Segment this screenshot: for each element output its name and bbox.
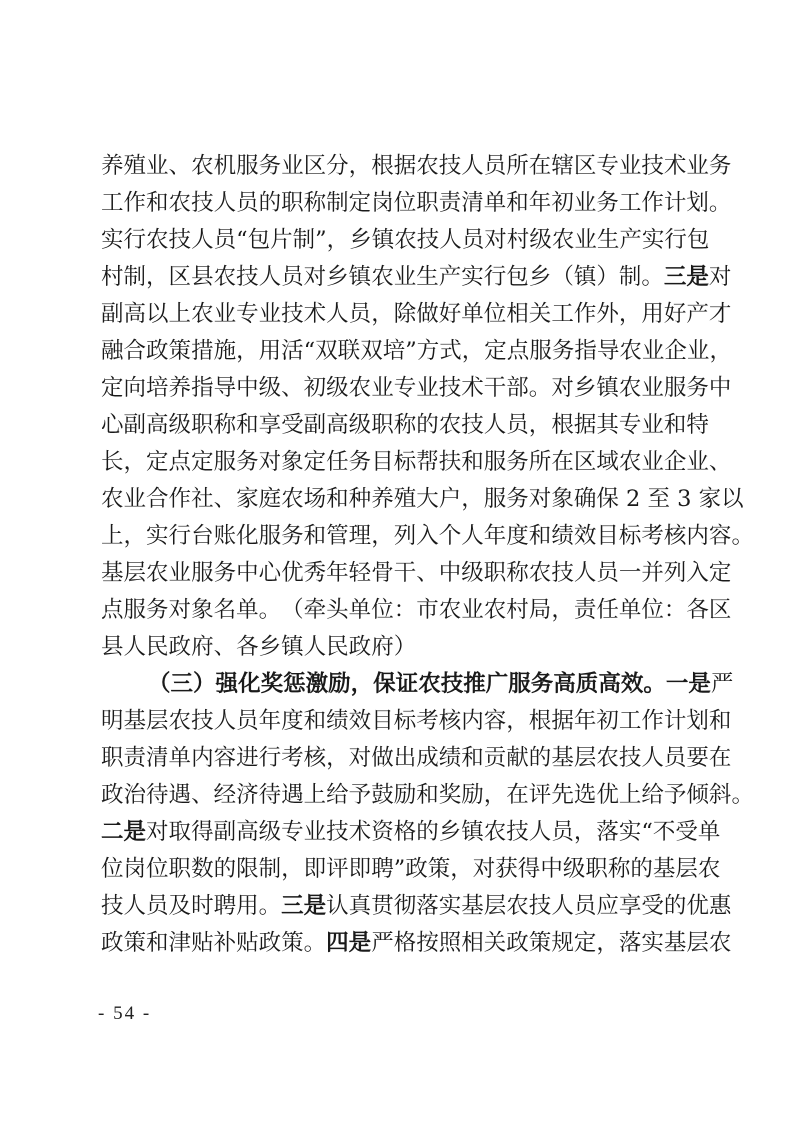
text-char: 养 [169, 370, 192, 407]
text-line: 心副高级职称和享受副高级职称的农技人员，根据其专业和特 [101, 407, 693, 444]
text-char: 工 [101, 185, 124, 222]
text-char: 及 [169, 888, 192, 925]
text-char: 初 [551, 185, 574, 222]
text-char: 根 [371, 148, 394, 185]
text-char: 人 [214, 185, 237, 222]
text-char: ” [315, 222, 327, 259]
text-char [692, 481, 699, 518]
text-char: 基 [551, 740, 574, 777]
text-char: ， [326, 740, 349, 777]
text-line: 技人员及时聘用。三是认真贯彻落实基层农技人员应享受的优惠 [101, 888, 693, 925]
text-char: 做 [416, 296, 439, 333]
text-char: 以 [721, 481, 744, 518]
text-char: 业 [214, 296, 237, 333]
text-char: 政 [169, 629, 192, 666]
text-char: ” [394, 851, 406, 888]
text-char: 作 [641, 185, 664, 222]
text-char: 工 [619, 185, 642, 222]
text-char: 定 [101, 370, 124, 407]
text-char: 务 [596, 185, 619, 222]
text-char: 农 [169, 185, 192, 222]
text-char: 才 [709, 296, 732, 333]
text-char: 培 [383, 333, 406, 370]
text-char: 上 [101, 518, 124, 555]
text-char: 济 [236, 777, 259, 814]
text-char: 象 [191, 592, 214, 629]
text-char: 效 [574, 518, 597, 555]
text-char: 政 [101, 777, 124, 814]
text-char: 包 [248, 222, 271, 259]
text-char: 基 [653, 851, 676, 888]
text-char: 年 [484, 518, 507, 555]
text-char: 务 [506, 444, 529, 481]
text-line: 上，实行台账化服务和管理，列入个人年度和绩效目标考核内容。 [101, 518, 693, 555]
text-char: 名 [214, 592, 237, 629]
text-char: 向 [124, 370, 147, 407]
text-char: 业 [169, 555, 192, 592]
text-char: 即 [304, 851, 327, 888]
text-char: 献 [506, 740, 529, 777]
text-char: 2 [626, 481, 640, 518]
text-char: 人 [124, 629, 147, 666]
text-char: 级 [349, 407, 372, 444]
text-char: 镇 [349, 259, 372, 296]
text-char: 联 [338, 333, 361, 370]
text-char: （ [281, 592, 304, 629]
text-char: 实 [439, 888, 462, 925]
text-char: 级 [259, 814, 282, 851]
text-char: 年 [529, 185, 552, 222]
text-char: 实 [641, 925, 664, 962]
text-char: 员 [281, 259, 304, 296]
text-char: 规 [551, 925, 574, 962]
text-char: 导 [597, 333, 620, 370]
text-char: 农 [506, 888, 529, 925]
text-char: 对 [551, 370, 574, 407]
text-char: 产 [439, 259, 462, 296]
text-char: 业 [686, 148, 709, 185]
text-char: 不 [653, 814, 676, 851]
text-char: 遇 [281, 777, 304, 814]
text-char: “ [304, 333, 316, 370]
text-char: 区 [304, 148, 327, 185]
text-line: 长，定点定服务对象定任务目标帮扶和服务所在区域农业企业、 [101, 444, 693, 481]
text-char: 进 [236, 740, 259, 777]
text-char: 核 [304, 740, 327, 777]
text-char: 域 [596, 444, 619, 481]
text-char: ， [281, 851, 304, 888]
text-char: 庭 [259, 481, 282, 518]
text-char: 农 [619, 333, 642, 370]
text-char: 作 [169, 481, 192, 518]
text-char: 员 [551, 814, 574, 851]
text-char: 包 [687, 222, 710, 259]
text-char: 清 [146, 740, 169, 777]
text-char: 职 [281, 185, 304, 222]
text-char: 的 [259, 185, 282, 222]
text-char: 。 [259, 592, 282, 629]
text-char: 各 [686, 592, 709, 629]
text-char: 专 [236, 296, 259, 333]
bold-text: （ [148, 666, 171, 703]
text-char: 人 [461, 148, 484, 185]
text-char: 根 [551, 407, 574, 444]
text-char: 府 [371, 629, 394, 666]
text-char: 人 [191, 222, 214, 259]
text-char: 技 [551, 555, 574, 592]
text-char: 相 [506, 296, 529, 333]
text-char: 部 [506, 370, 529, 407]
text-char: 享 [259, 407, 282, 444]
text-char: 企 [664, 333, 687, 370]
bold-text: ） [193, 666, 216, 703]
text-char: 划 [686, 703, 709, 740]
text-char: 技 [191, 185, 214, 222]
text-char: 农 [191, 296, 214, 333]
text-char: 员 [236, 185, 259, 222]
text-char: 干 [394, 555, 417, 592]
text-char: 定 [146, 444, 169, 481]
text-char: 绩 [551, 518, 574, 555]
text-char: 所 [506, 148, 529, 185]
text-char: 职 [169, 851, 192, 888]
text-char: 位 [394, 185, 417, 222]
text-char: 划 [686, 185, 709, 222]
text-char: 上 [619, 777, 642, 814]
text-char: 。 [259, 888, 282, 925]
text-char: 层 [146, 703, 169, 740]
text-char: 村 [101, 259, 124, 296]
text-char: 给 [326, 777, 349, 814]
text-char: 农 [214, 259, 237, 296]
bold-text: 服 [508, 666, 531, 703]
text-char: 乡 [259, 629, 282, 666]
text-char: 点 [101, 592, 124, 629]
text-char: 镇 [574, 259, 597, 296]
text-char: 业 [641, 407, 664, 444]
text-char: 农 [439, 592, 462, 629]
text-char: ， [349, 148, 372, 185]
text-char: 标 [394, 703, 417, 740]
text-char: 单 [349, 592, 372, 629]
bold-text: 一 [666, 666, 689, 703]
text-char: 员 [484, 148, 507, 185]
text-char: 生 [597, 222, 620, 259]
text-char: “ [641, 814, 653, 851]
text-char: 贴 [191, 925, 214, 962]
text-char: 、 [214, 481, 237, 518]
text-char: 术 [349, 814, 372, 851]
text-char: 3 [677, 481, 691, 518]
text-char: 关 [529, 296, 552, 333]
document-page: 养殖业、农机服务业区分，根据农技人员所在辖区专业技术业务工作和农技人员的职称制定… [0, 0, 793, 1122]
text-char: 产 [619, 222, 642, 259]
text-char: 业 [146, 148, 169, 185]
text-char: ， [146, 259, 169, 296]
text-char: 成 [416, 740, 439, 777]
text-char: ： [394, 592, 417, 629]
text-char: 乡 [574, 370, 597, 407]
text-char: 人 [124, 888, 147, 925]
text-char: 策 [281, 925, 304, 962]
text-char: 措 [191, 333, 214, 370]
text-char: 人 [484, 407, 507, 444]
text-char: 优 [281, 555, 304, 592]
bold-text: 化 [238, 666, 261, 703]
text-char: 作 [124, 185, 147, 222]
text-char: 一 [619, 555, 642, 592]
text-char: ， [450, 851, 473, 888]
text-line: 定向培养指导中级、初级农业专业技术干部。对乡镇农业服务中 [101, 370, 693, 407]
text-char: 农 [552, 222, 575, 259]
text-char: 员 [596, 555, 619, 592]
text-char: 单 [236, 592, 259, 629]
text-char: 务 [281, 518, 304, 555]
text-char: 业 [686, 444, 709, 481]
text-char: 业 [259, 296, 282, 333]
text-char: 策 [124, 925, 147, 962]
text-char: ” [405, 333, 417, 370]
text-char: 予 [664, 777, 687, 814]
text-char: 专 [596, 148, 619, 185]
text-char: 实 [146, 518, 169, 555]
text-char: 岗 [124, 851, 147, 888]
text-char: 、 [416, 555, 439, 592]
text-char: 高 [236, 814, 259, 851]
text-char: 对 [304, 259, 327, 296]
text-char: 技 [439, 370, 462, 407]
text-char: 清 [461, 185, 484, 222]
text-char: 技 [641, 148, 664, 185]
text-char: 轻 [349, 555, 372, 592]
text-char: 长 [101, 444, 124, 481]
text-char: 称 [506, 555, 529, 592]
text-char: 单 [169, 740, 192, 777]
text-char: 作 [641, 703, 664, 740]
text-char: 象 [281, 444, 304, 481]
text-char [619, 481, 626, 518]
text-char: 斜 [709, 777, 732, 814]
text-char: 技 [529, 888, 552, 925]
text-char: 的 [630, 851, 653, 888]
text-char: 入 [416, 518, 439, 555]
bold-text: 证 [396, 666, 419, 703]
text-char: 聘 [214, 888, 237, 925]
text-char: 和 [664, 407, 687, 444]
text-char: 各 [236, 629, 259, 666]
text-char: 层 [574, 740, 597, 777]
text-char: 务 [506, 481, 529, 518]
text-char: 和 [304, 518, 327, 555]
text-char: 业 [619, 148, 642, 185]
text-char: 家 [236, 481, 259, 518]
text-char: ， [574, 814, 597, 851]
text-char: 贴 [236, 925, 259, 962]
text-char: 任 [596, 592, 619, 629]
text-char: 中 [236, 370, 259, 407]
text-char: 单 [461, 296, 484, 333]
text-char: 秀 [304, 555, 327, 592]
text-char: 目 [596, 518, 619, 555]
text-char: 员 [214, 222, 237, 259]
text-char: 。 [731, 777, 754, 814]
text-char: 任 [326, 444, 349, 481]
bold-text: 三 [171, 666, 194, 703]
text-char: 务 [236, 444, 259, 481]
text-char: 做 [371, 740, 394, 777]
text-line: 融合政策措施，用活“双联双培”方式，定点服务指导农业企业， [101, 333, 693, 370]
text-char: 基 [124, 703, 147, 740]
text-char: 术 [664, 148, 687, 185]
text-char: 职 [484, 555, 507, 592]
text-char: 得 [518, 851, 541, 888]
text-char: 入 [686, 555, 709, 592]
text-char: 。 [709, 185, 732, 222]
text-char: 人 [551, 888, 574, 925]
text-char: 级 [529, 222, 552, 259]
text-char: 技 [417, 222, 440, 259]
text-char: 列 [664, 555, 687, 592]
text-char: 对 [146, 814, 169, 851]
text-char: 业 [304, 814, 327, 851]
text-char: 以 [146, 296, 169, 333]
text-char: 农 [146, 222, 169, 259]
text-char: 行 [664, 222, 687, 259]
text-char: 、 [169, 148, 192, 185]
text-char: 员 [236, 703, 259, 740]
text-line: 村制，区县农技人员对乡镇农业生产实行包乡（镇）制。三是对 [101, 259, 693, 296]
text-char: 式 [439, 333, 462, 370]
text-char: 治 [124, 777, 147, 814]
text-char: 培 [146, 370, 169, 407]
text-char: 服 [259, 518, 282, 555]
text-char: 和 [146, 925, 169, 962]
text-char: 农 [709, 925, 732, 962]
bold-text: 三 [281, 888, 304, 925]
bold-text: 。 [643, 666, 666, 703]
text-char: 高 [326, 407, 349, 444]
bold-text: 是 [688, 666, 711, 703]
text-char: 和 [304, 703, 327, 740]
bold-text: 是 [349, 925, 372, 962]
text-line: 实行农技人员“包片制”，乡镇农技人员对村级农业生产实行包 [101, 222, 693, 259]
text-char: 高 [146, 407, 169, 444]
text-char: 所 [529, 444, 552, 481]
text-char: 策 [428, 851, 451, 888]
text-char: 真 [349, 888, 372, 925]
text-char: 务 [146, 592, 169, 629]
text-char: 职 [371, 407, 394, 444]
text-char: ） [596, 259, 619, 296]
text-char: 确 [574, 481, 597, 518]
text-char: ， [124, 518, 147, 555]
text-char: ， [462, 333, 485, 370]
text-char: ， [236, 333, 259, 370]
text-char: 时 [191, 888, 214, 925]
text-char: 评 [326, 851, 349, 888]
text-line: 养殖业、农机服务业区分，根据农技人员所在辖区专业技术业务 [101, 148, 693, 185]
text-char: 农 [619, 444, 642, 481]
text-char: 年 [574, 703, 597, 740]
text-char: 象 [551, 481, 574, 518]
text-char: 核 [439, 703, 462, 740]
text-char: 农 [146, 555, 169, 592]
text-char: 指 [574, 333, 597, 370]
text-char: ， [506, 703, 529, 740]
text-char: 至 [648, 481, 671, 518]
text-char: 补 [214, 925, 237, 962]
text-char: 奖 [439, 777, 462, 814]
text-char: 岗 [371, 185, 394, 222]
text-char: 中 [709, 370, 732, 407]
text-char: 员 [664, 740, 687, 777]
bold-text: 四 [326, 925, 349, 962]
text-char: 内 [191, 740, 214, 777]
text-char: 的 [416, 407, 439, 444]
text-char: 核 [664, 518, 687, 555]
text-char: 服 [214, 444, 237, 481]
text-char: 机 [214, 148, 237, 185]
text-char: 优 [686, 888, 709, 925]
text-line: 副高以上农业专业技术人员，除做好单位相关工作外，用好产才 [101, 296, 693, 333]
text-char: 待 [259, 777, 282, 814]
text-char: 人 [259, 259, 282, 296]
bold-text: 技 [441, 666, 464, 703]
text-char: 市 [416, 592, 439, 629]
text-char: 技 [236, 259, 259, 296]
page-number: - 54 - [98, 1003, 151, 1025]
text-char: 的 [529, 740, 552, 777]
text-char: 应 [596, 888, 619, 925]
text-char: 位 [101, 851, 124, 888]
bold-text: 高 [598, 666, 621, 703]
text-char: 的 [214, 851, 237, 888]
text-char: 生 [416, 259, 439, 296]
text-char: 乡 [349, 222, 372, 259]
text-char: 产 [686, 296, 709, 333]
text-char: 务 [349, 444, 372, 481]
text-char: 区 [709, 592, 732, 629]
text-char: 人 [574, 555, 597, 592]
text-char: 落 [416, 888, 439, 925]
text-char: 农 [169, 703, 192, 740]
text-char: 施 [214, 333, 237, 370]
text-char: 倾 [686, 777, 709, 814]
text-char: 认 [326, 888, 349, 925]
text-char: 技 [506, 814, 529, 851]
text-char: 种 [349, 481, 372, 518]
text-char: ， [371, 518, 394, 555]
text-char: 台 [191, 518, 214, 555]
text-char: 层 [484, 888, 507, 925]
text-char: 业 [574, 222, 597, 259]
text-char: 殖 [394, 481, 417, 518]
text-line: 工作和农技人员的职称制定岗位职责清单和年初业务工作计划。 [101, 185, 693, 222]
text-char: 副 [214, 814, 237, 851]
text-char: 对 [709, 259, 732, 296]
text-char: 方 [417, 333, 440, 370]
text-char: 的 [416, 814, 439, 851]
text-char: 待 [146, 777, 169, 814]
text-char: 行 [259, 740, 282, 777]
text-char: 员 [462, 222, 485, 259]
text-line: 农业合作社、家庭农场和种养殖大户，服务对象确保 2 至 3 家以 [101, 481, 693, 518]
text-char: 对 [349, 740, 372, 777]
text-char: 人 [439, 222, 462, 259]
text-char: 活 [281, 333, 304, 370]
text-char: 对 [473, 851, 496, 888]
text-line: 县人民政府、各乡镇人民政府） [101, 629, 693, 666]
